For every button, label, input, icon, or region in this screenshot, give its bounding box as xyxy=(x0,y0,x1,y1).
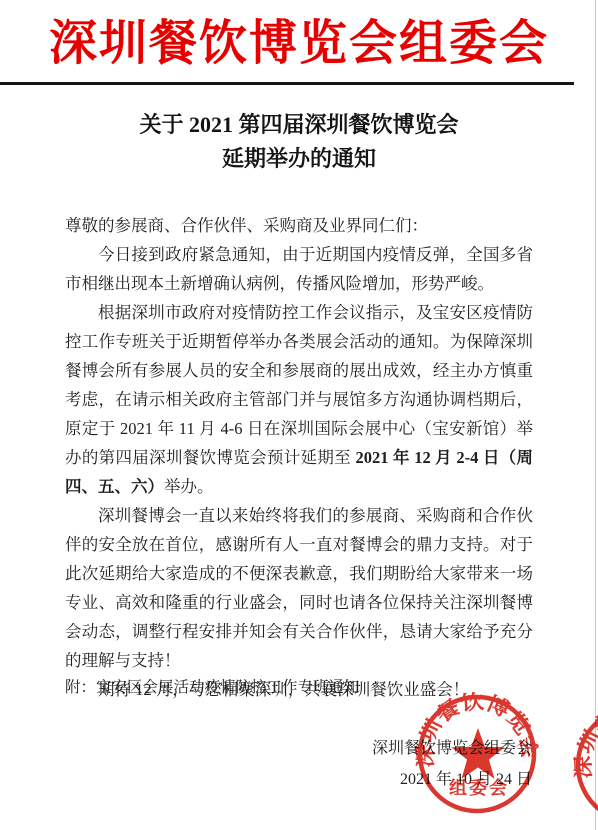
salutation-line: 尊敬的参展商、合作伙伴、采购商及业界同仁们： xyxy=(65,211,533,240)
paragraph-1: 今日接到政府紧急通知，由于近期国内疫情反弹，全国多省市相继出现本土新增确认病例，… xyxy=(65,240,533,298)
seal-arc-text: 深圳餐饮博览会 xyxy=(573,703,598,779)
paragraph-2-text: 根据深圳市政府对疫情防控工作会议指示，及宝安区疫情防控工作专班关于近期暂停举办各… xyxy=(65,303,533,467)
notice-title-line2: 延期举办的通知 xyxy=(0,142,598,176)
letterhead-divider-rule xyxy=(0,82,574,85)
paragraph-2: 根据深圳市政府对疫情防控工作会议指示，及宝安区疫情防控工作专班关于近期暂停举办各… xyxy=(65,298,533,501)
star-icon xyxy=(451,728,504,779)
attachment-note: 附：宝安区会展活动疫情防控工作专班通知 xyxy=(65,675,360,697)
official-seal: 深圳餐饮博览会 组委会 xyxy=(415,692,539,816)
notice-body: 尊敬的参展商、合作伙伴、采购商及业界同仁们： 今日接到政府紧急通知，由于近期国内… xyxy=(65,211,533,704)
notice-title-line1: 关于 2021 第四届深圳餐饮博览会 xyxy=(0,108,598,142)
paragraph-3: 深圳餐博会一直以来始终将我们的参展商、采购商和合作伙伴的安全放在首位，感谢所有人… xyxy=(65,501,533,675)
official-seal-partial-duplicate: 深圳餐饮博览会 组委会 xyxy=(573,703,598,827)
notice-title: 关于 2021 第四届深圳餐饮博览会 延期举办的通知 xyxy=(0,108,598,176)
notice-document-page: 深圳餐饮博览会组委会 关于 2021 第四届深圳餐饮博览会 延期举办的通知 尊敬… xyxy=(0,0,598,830)
paragraph-2-closing: 举办。 xyxy=(164,477,214,496)
seal-bottom-text: 组委会 xyxy=(449,777,509,798)
organizer-letterhead-title: 深圳餐饮博览会组委会 xyxy=(0,4,598,73)
